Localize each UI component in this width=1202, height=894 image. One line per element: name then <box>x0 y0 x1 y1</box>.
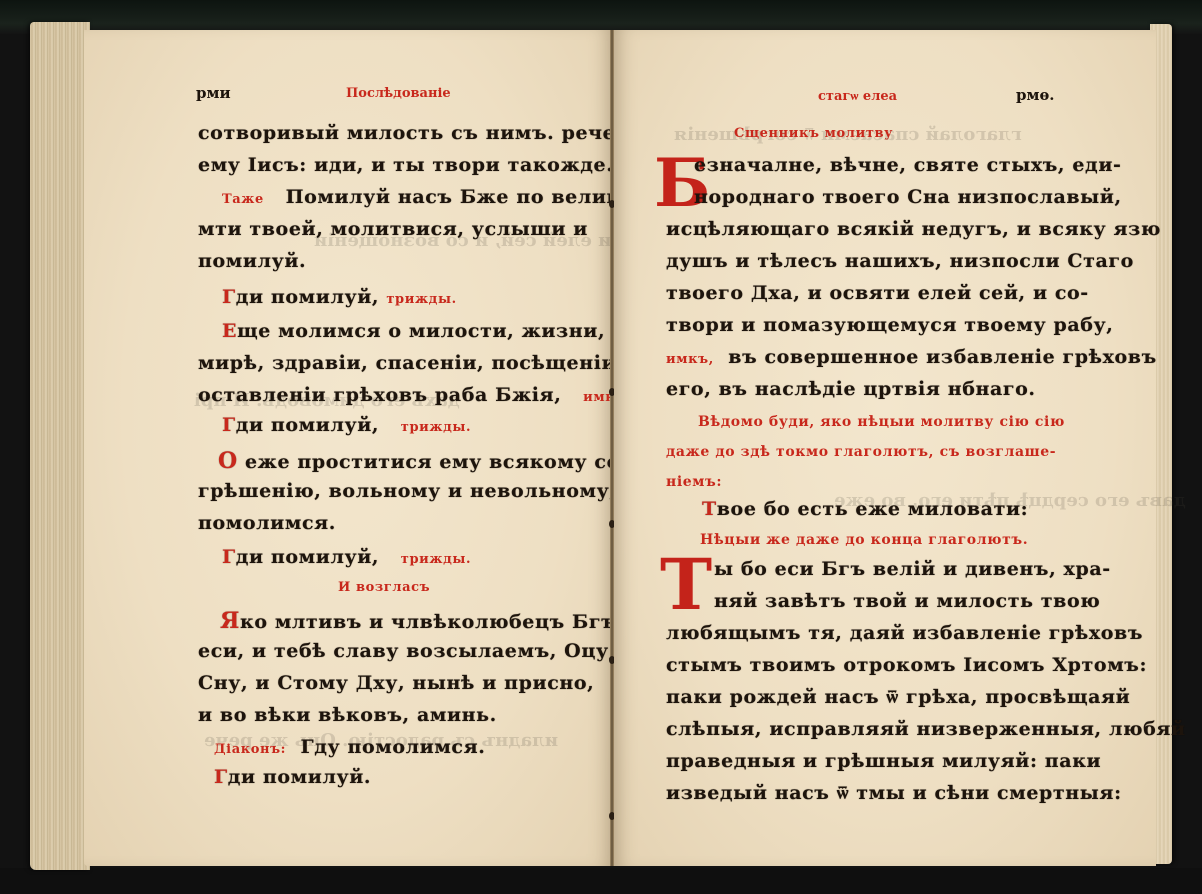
text-line: нороднаго твоего Сна низпославый, <box>694 186 1122 208</box>
text-line: еси, и тебѣ славу возсылаемъ, Оцу, и <box>198 640 638 662</box>
rubric-heading: Сщенникъ молитву <box>734 126 893 141</box>
text-line: и во вѣки вѣковъ, аминь. <box>198 704 497 726</box>
rubric-instruction: Вѣдомо буди, яко нѣцыи молитву сію сію <box>698 414 1065 430</box>
dark-background-bottom <box>0 868 1202 894</box>
text-span: ко млтивъ и члвѣколюбецъ Бгъ <box>240 611 616 633</box>
red-initial: Е <box>222 320 237 342</box>
text-span: ди помилуй, <box>236 286 379 308</box>
text-line: твоего Дха, и освяти елей сей, и со- <box>666 282 1089 304</box>
rubric-instruction: Нѣцыи же даже до конца глаголютъ. <box>700 532 1028 548</box>
text-line: слѣпыя, исправляяй низверженныя, любяй <box>666 718 1186 740</box>
text-span: ще молимся о милости, жизни, <box>237 320 605 342</box>
rubric-centered: И возгласъ <box>338 580 430 595</box>
page-stack-left <box>30 22 90 870</box>
folio-number: рмѳ. <box>1016 86 1055 104</box>
text-span: Помилуй насъ Бже по велицѣй <box>286 186 650 208</box>
text-line: ы бо еси Бгъ велій и дивенъ, хра- <box>714 558 1111 580</box>
text-line: ему Іисъ: иди, и ты твори такожде. <box>198 154 613 176</box>
rubric-text: Таже <box>222 192 264 207</box>
rubric-text: трижды. <box>401 552 471 567</box>
text-line: мти твоей, молитвися, услыши и <box>198 218 588 240</box>
text-line: помилуй. <box>198 250 306 272</box>
text-span: ди помилуй. <box>228 766 371 788</box>
text-line: паки рождей насъ ѿ грѣха, просвѣщаяй <box>666 686 1130 709</box>
text-span: ди помилуй, <box>236 546 379 568</box>
text-line: душъ и тѣлесъ нашихъ, низпосли Стаго <box>666 250 1134 272</box>
text-line: Гди помилуй, трижды. <box>222 546 471 568</box>
running-head: стагѡ елеа <box>818 88 897 104</box>
text-line: сотворивый милость съ нимъ. рече же <box>198 122 655 144</box>
text-line: имкъ, въ совершенное избавленіе грѣховъ <box>666 346 1157 368</box>
text-line: Діаконъ: Гду помолимся. <box>214 736 485 758</box>
folio-number: рми <box>196 84 231 102</box>
text-line: изведый насъ ѿ тмы и сѣни смертныя: <box>666 782 1122 805</box>
red-initial: Г <box>222 546 236 568</box>
text-span: оставленіи грѣховъ раба Бжія, <box>198 384 561 406</box>
text-span: ди помилуй, <box>236 414 379 436</box>
red-initial: Г <box>214 766 228 788</box>
text-line: его, въ наслѣдіе цртвія нбнаго. <box>666 378 1036 400</box>
text-line: Таже Помилуй насъ Бже по велицѣй <box>222 186 650 208</box>
text-line: исцѣляющаго всякій недугъ, и всяку язю <box>666 218 1161 240</box>
text-line: Гди помилуй, трижды. <box>222 286 457 308</box>
text-span: Гду помолимся. <box>301 736 486 758</box>
rubric-text: трижды. <box>401 420 471 435</box>
running-head: Послѣдованіе <box>346 86 451 101</box>
right-page: глаголай спасаєми ѿ согрѣшенія давъ его … <box>614 30 1156 866</box>
text-line: твори и помазующемуся твоему рабу, <box>666 314 1114 336</box>
dark-background-top <box>0 0 1202 34</box>
text-line: грѣшенію, вольному и невольному, Гду <box>198 480 664 502</box>
text-line: Еще молимся о милости, жизни, <box>222 320 605 342</box>
text-line: помолимся. <box>198 512 336 534</box>
text-line: стымъ твоимъ отрокомъ Іисомъ Хртомъ: <box>666 654 1147 676</box>
text-line: праведныя и грѣшныя милуяй: паки <box>666 750 1101 772</box>
text-span: вое бо есть еже миловати: <box>717 498 1029 520</box>
text-span: въ совершенное избавленіе грѣховъ <box>728 346 1157 368</box>
text-line: Гди помилуй. <box>214 766 371 788</box>
text-line: О еже проститися ему всякому со- <box>218 448 628 474</box>
text-line: Гди помилуй, трижды. <box>222 414 471 436</box>
text-line: оставленіи грѣховъ раба Бжія, имкъ. <box>198 384 631 406</box>
text-span: еже проститися ему всякому со- <box>245 451 628 473</box>
rubric-text: имкъ, <box>666 352 714 367</box>
red-initial: Г <box>222 286 236 308</box>
red-initial: Г <box>222 414 236 436</box>
text-line: езначалне, вѣчне, святе стыхъ, еди- <box>694 154 1122 176</box>
text-line: любящымъ тя, даяй избавленіе грѣховъ <box>666 622 1143 644</box>
left-page: створити елей сей, и со вознощеніи дахъ … <box>84 30 612 866</box>
text-line: Сну, и Стому Дху, нынѣ и присно, <box>198 672 594 694</box>
text-line: Яко млтивъ и члвѣколюбецъ Бгъ <box>220 608 616 634</box>
rubric-instruction: даже до здѣ токмо глаголютъ, съ возглаше… <box>666 444 1056 460</box>
rubric-text: Діаконъ: <box>214 742 286 757</box>
rubric-text: трижды. <box>386 292 456 307</box>
text-line: Твое бо есть еже миловати: <box>702 498 1028 520</box>
red-initial: Я <box>220 608 240 634</box>
red-initial: О <box>218 448 238 474</box>
text-line: няй завѣтъ твой и милость твою <box>714 590 1100 612</box>
red-initial: Т <box>702 498 717 520</box>
large-red-initial: Т <box>660 550 712 620</box>
text-line: мирѣ, здравіи, спасеніи, посѣщеніи и <box>198 352 638 374</box>
rubric-instruction: ніемъ: <box>666 474 722 490</box>
